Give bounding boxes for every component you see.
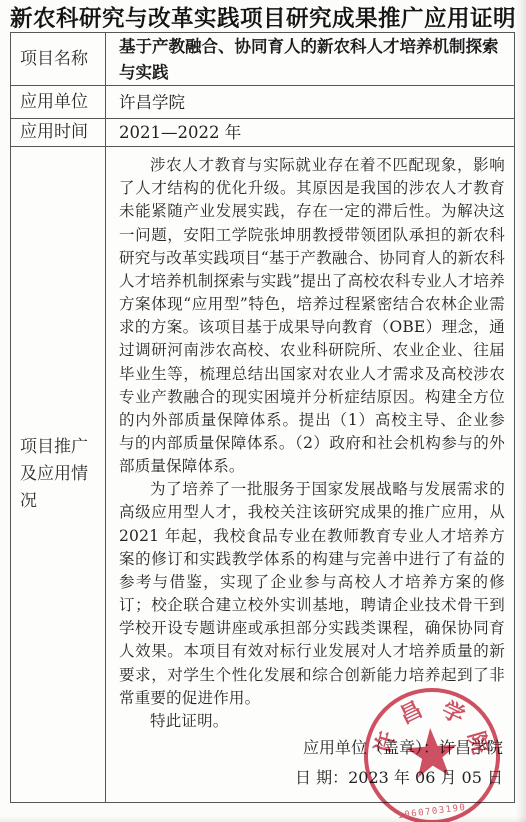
table-row-application-details: 项目推广及应用情况 涉农人才教育与实际就业存在着不匹配现象，影响了人才结构的优化…: [11, 147, 514, 802]
seal-serial-number: 1060703190: [397, 803, 467, 821]
field-label-application-details: 项目推广及应用情况: [11, 147, 106, 802]
table-row-application-unit: 应用单位 许昌学院: [11, 86, 514, 119]
details-paragraph-2: 为了培养了一批服务于国家发展战略与发展需求的高级应用型人才，我校关注该研究成果的…: [119, 478, 505, 710]
field-label-application-time: 应用时间: [11, 119, 106, 146]
table-row-application-time: 应用时间 2021—2022 年: [11, 119, 514, 147]
signature-block: 应用单位（盖章）：许昌学院 日 期：2023 年 06 月 05 日: [119, 733, 505, 798]
details-paragraph-1: 涉农人才教育与实际就业存在着不匹配现象，影响了人才结构的优化升级。其原因是我国的…: [119, 154, 505, 478]
certificate-title: 新农科研究与改革实践项目研究成果推广应用证明: [0, 1, 526, 33]
closing-statement: 特此证明。: [119, 710, 505, 733]
signature-date-line: 日 期：2023 年 06 月 05 日: [119, 763, 503, 793]
field-value-application-unit: 许昌学院: [106, 86, 514, 118]
certificate-table: 项目名称 基于产教融合、协同育人的新农科人才培养机制探索与实践 应用单位 许昌学…: [10, 32, 515, 803]
field-value-application-time: 2021—2022 年: [106, 119, 514, 146]
field-value-application-details: 涉农人才教育与实际就业存在着不匹配现象，影响了人才结构的优化升级。其原因是我国的…: [106, 147, 514, 802]
field-label-application-unit: 应用单位: [11, 86, 106, 118]
field-label-project-name: 项目名称: [11, 33, 106, 85]
table-row-project-name: 项目名称 基于产教融合、协同育人的新农科人才培养机制探索与实践: [11, 33, 514, 86]
signature-unit-line: 应用单位（盖章）：许昌学院: [119, 733, 503, 763]
field-value-project-name: 基于产教融合、协同育人的新农科人才培养机制探索与实践: [106, 33, 514, 85]
certificate-page: 新农科研究与改革实践项目研究成果推广应用证明 项目名称 基于产教融合、协同育人的…: [0, 0, 526, 822]
